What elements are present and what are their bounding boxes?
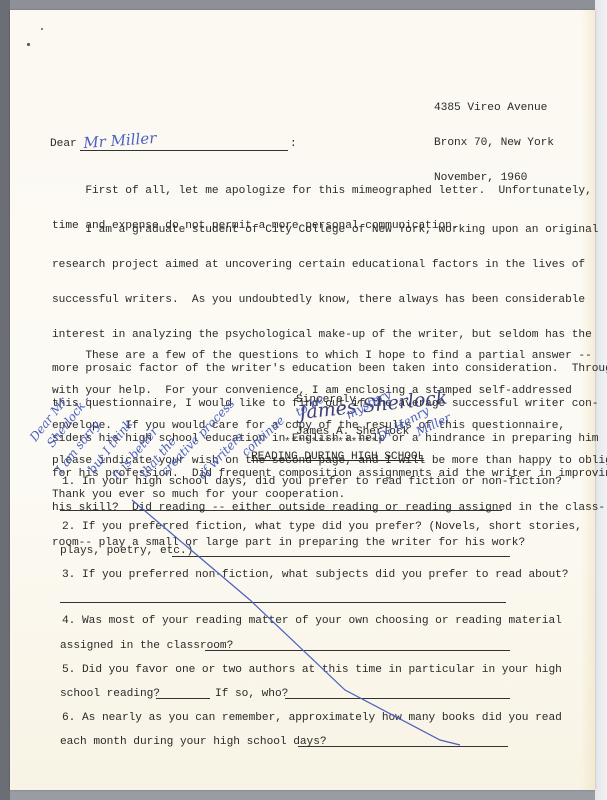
answer-line-5a[interactable] <box>156 698 210 699</box>
paragraph-line: These are a few of the questions to whic… <box>52 351 607 363</box>
staple-mark <box>27 43 30 46</box>
questionnaire-heading: READING DURING HIGH SCHOOL <box>251 452 424 464</box>
paragraph-line: I am a graduate student of City College … <box>52 225 607 237</box>
question-2: 2. If you preferred fiction, what type d… <box>62 522 582 534</box>
background-left-edge <box>0 0 10 800</box>
question-1: 1. In your high school days, did you pre… <box>62 477 562 489</box>
question-3: 3. If you preferred non-fiction, what su… <box>62 570 568 582</box>
salutation: Dear <box>50 139 77 151</box>
address-line-street: 4385 Vireo Avenue <box>434 103 554 115</box>
question-5: 5. Did you favor one or two authors at t… <box>62 665 562 677</box>
paragraph-line: Thank you ever so much for your cooperat… <box>52 490 607 502</box>
question-6-cont: each month during your high school days? <box>60 737 327 749</box>
answer-line-6[interactable] <box>298 746 508 747</box>
answer-line-3[interactable] <box>60 602 506 603</box>
question-5-cont: school reading? <box>60 689 160 701</box>
question-5-followup: If so, who? <box>215 689 288 701</box>
paragraph-line: research project aimed at uncovering cer… <box>52 260 607 272</box>
staple-mark <box>41 28 43 30</box>
answer-line-4[interactable] <box>205 650 510 651</box>
signer-underline: *************** <box>284 438 384 450</box>
answer-line-2[interactable] <box>172 556 510 557</box>
question-6: 6. As nearly as you can remember, approx… <box>62 713 562 725</box>
address-line-city: Bronx 70, New York <box>434 138 554 150</box>
paragraph-line: successful writers. As you undoubtedly k… <box>52 295 607 307</box>
answer-line-5b[interactable] <box>285 698 510 699</box>
salutation-colon: : <box>290 139 297 151</box>
paragraph-line: First of all, let me apologize for this … <box>52 186 592 198</box>
salutation-blank-line <box>80 150 288 151</box>
question-4: 4. Was most of your reading matter of yo… <box>62 616 562 628</box>
answer-line-1[interactable] <box>60 510 502 511</box>
